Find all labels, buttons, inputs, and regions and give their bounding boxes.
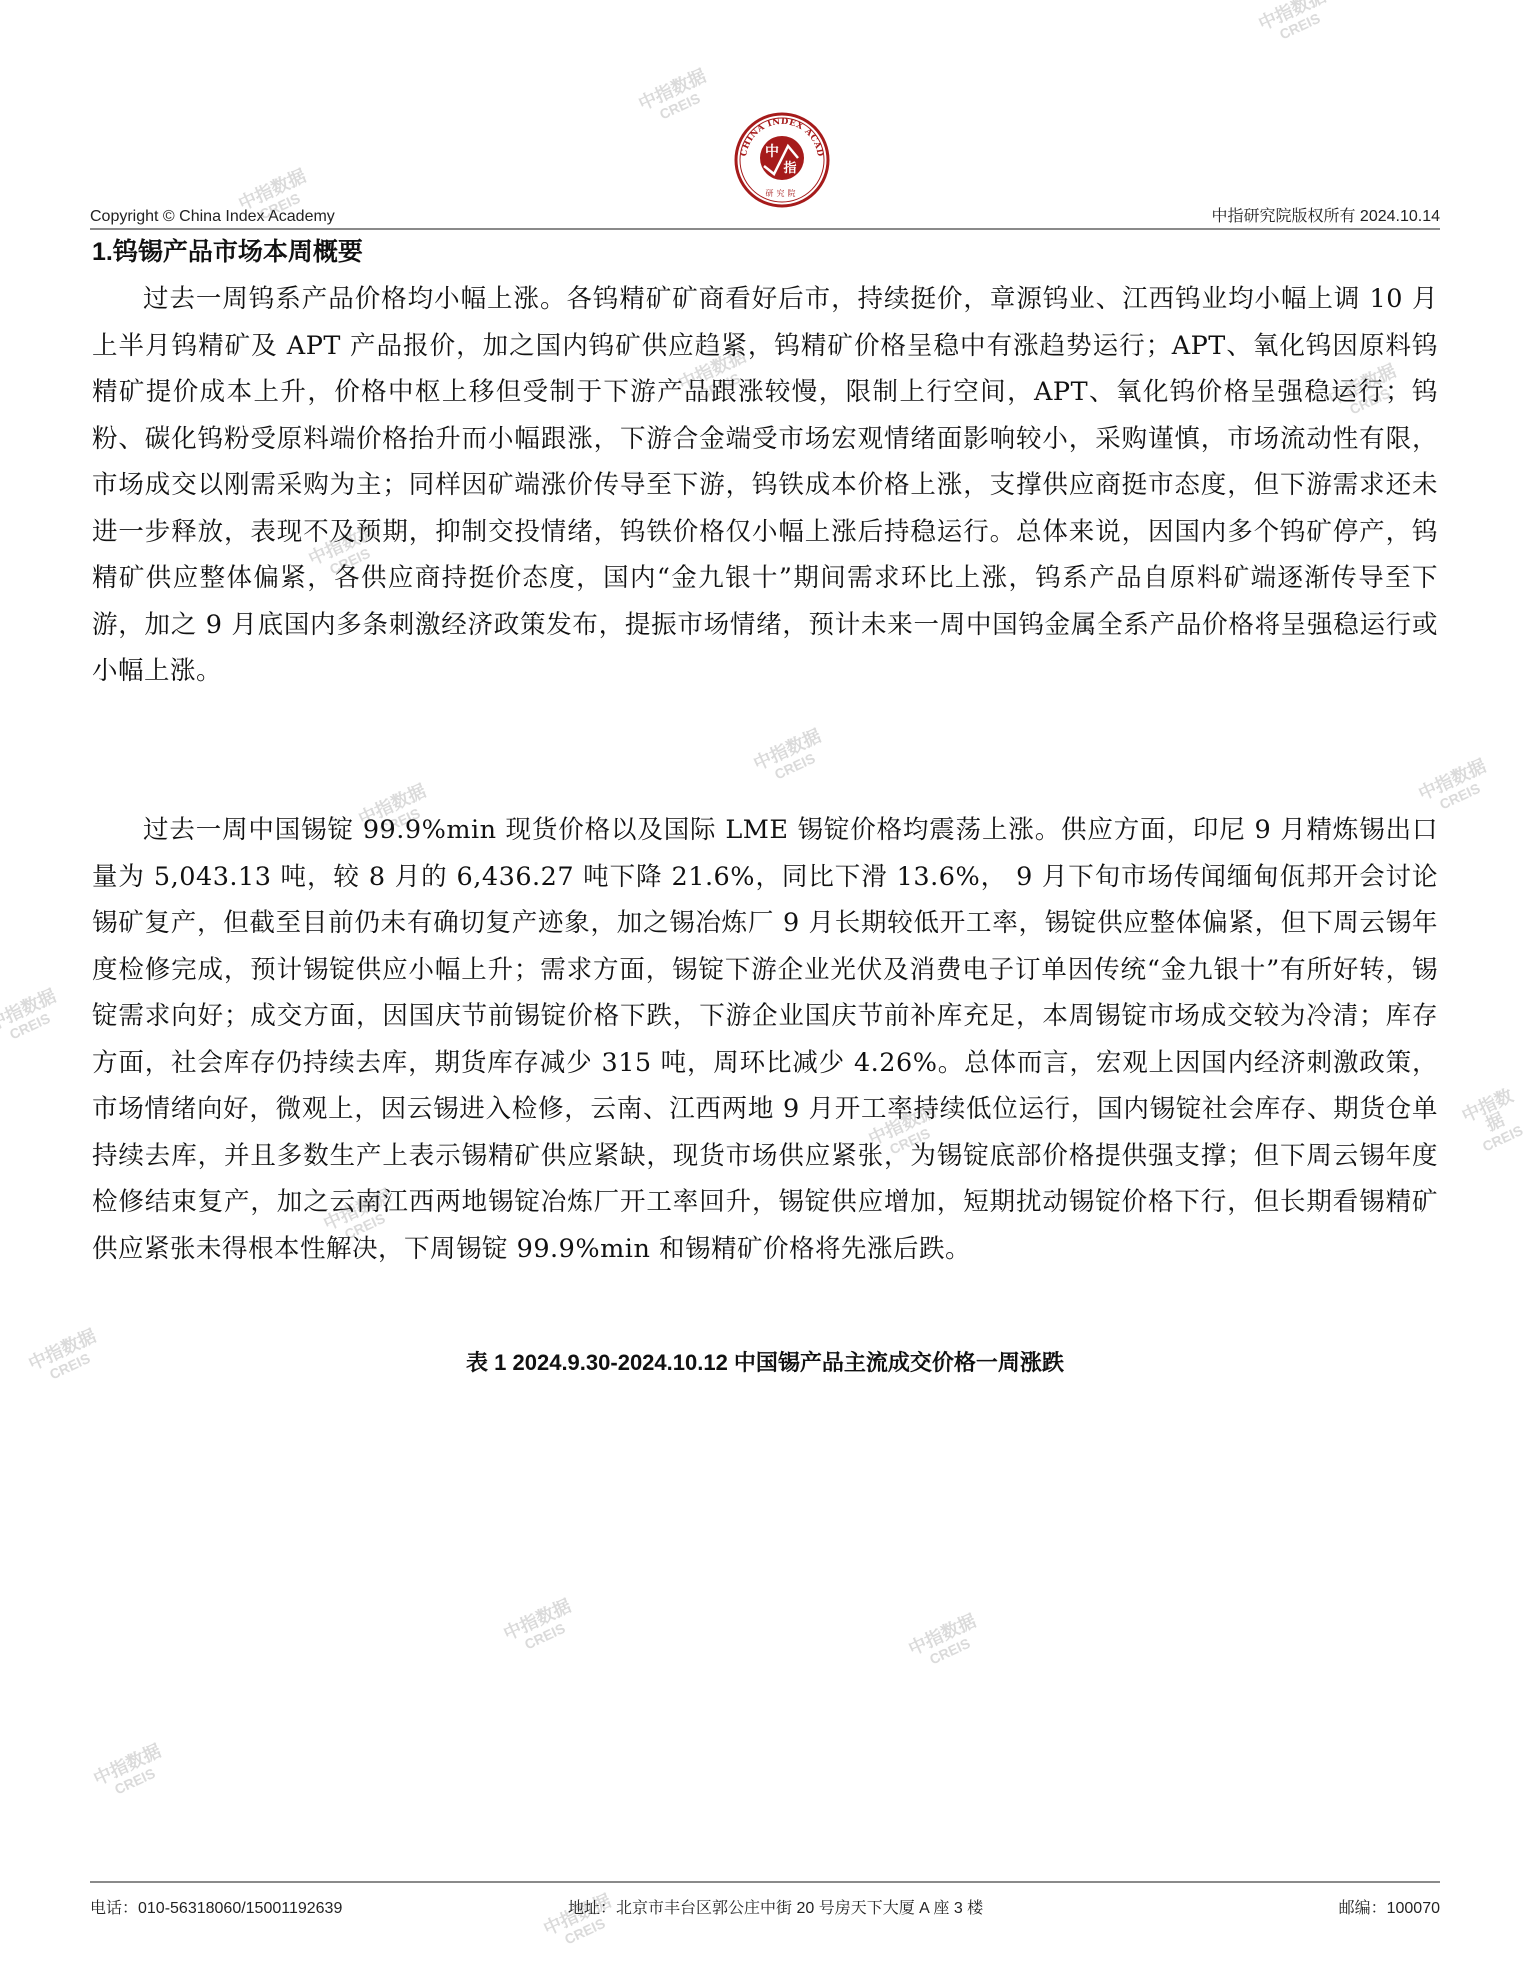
watermark-cn: 中指数据 xyxy=(500,1596,574,1645)
watermark-en: CREIS xyxy=(0,1003,66,1050)
footer-phone: 电话：010-56318060/15001192639 xyxy=(90,1895,342,1918)
watermark-en: CREIS xyxy=(758,743,831,790)
watermark: 中指数据CREIS xyxy=(501,1596,581,1659)
watermark-cn: 中指数据 xyxy=(1459,1085,1516,1135)
watermark-en: CREIS xyxy=(98,1758,171,1805)
paragraph-tin: 过去一周中国锡锭 99.9%min 现货价格以及国际 LME 锡锭价格均震荡上涨… xyxy=(92,807,1438,1272)
section-title: 1.钨锡产品市场本周概要 xyxy=(92,232,363,268)
svg-text:研究院: 研究院 xyxy=(766,188,799,198)
header-date: 中指研究院版权所有 2024.10.14 xyxy=(1211,203,1440,226)
logo-emblem-icon: 中 指 CHINA INDEX ACADEMY 研究院 xyxy=(732,110,832,210)
copyright-text: Copyright © China Index Academy xyxy=(90,208,335,226)
watermark-en: CREIS xyxy=(1263,3,1336,50)
watermark: 中指数据CREIS xyxy=(1256,0,1336,50)
page-header: Copyright © China Index Academy 中指研究院版权所… xyxy=(90,206,1440,228)
header-divider xyxy=(90,228,1440,230)
watermark-cn: 中指数据 xyxy=(905,1611,979,1660)
watermark-en: CREIS xyxy=(643,83,716,130)
watermark-cn: 中指数据 xyxy=(635,66,709,115)
china-index-academy-logo: 中 指 CHINA INDEX ACADEMY 研究院 xyxy=(732,110,832,210)
watermark-en: CREIS xyxy=(1467,1115,1530,1161)
watermark: 中指数据CREIS xyxy=(906,1611,986,1674)
watermark-cn: 中指数据 xyxy=(750,726,824,775)
watermark-cn: 中指数据 xyxy=(0,986,59,1035)
watermark: 中指数据CREIS xyxy=(91,1741,171,1804)
watermark: 中指数据CREIS xyxy=(636,66,716,129)
footer-divider xyxy=(90,1881,1440,1883)
svg-text:指: 指 xyxy=(782,160,796,176)
watermark-cn: 中指数据 xyxy=(1255,0,1329,34)
table-caption: 表 1 2024.9.30-2024.10.12 中国锡产品主流成交价格一周涨跌 xyxy=(0,1346,1530,1377)
footer-address: 地址：北京市丰台区郭公庄中街 20 号房天下大厦 A 座 3 楼 xyxy=(568,1895,983,1918)
svg-text:中: 中 xyxy=(765,143,779,160)
watermark-cn: 中指数据 xyxy=(90,1741,164,1790)
footer-postcode: 邮编：100070 xyxy=(1339,1895,1440,1918)
paragraph-tungsten: 过去一周钨系产品价格均小幅上涨。各钨精矿矿商看好后市，持续挺价，章源钨业、江西钨… xyxy=(92,276,1438,695)
watermark: 中指数据CREIS xyxy=(0,986,66,1049)
watermark: 中指数据CREIS xyxy=(751,726,831,789)
watermark-en: CREIS xyxy=(508,1613,581,1660)
watermark-cn: 中指数据 xyxy=(1415,756,1489,805)
watermark-en: CREIS xyxy=(913,1628,986,1675)
watermark: 中指数据CREIS xyxy=(1452,1083,1530,1162)
